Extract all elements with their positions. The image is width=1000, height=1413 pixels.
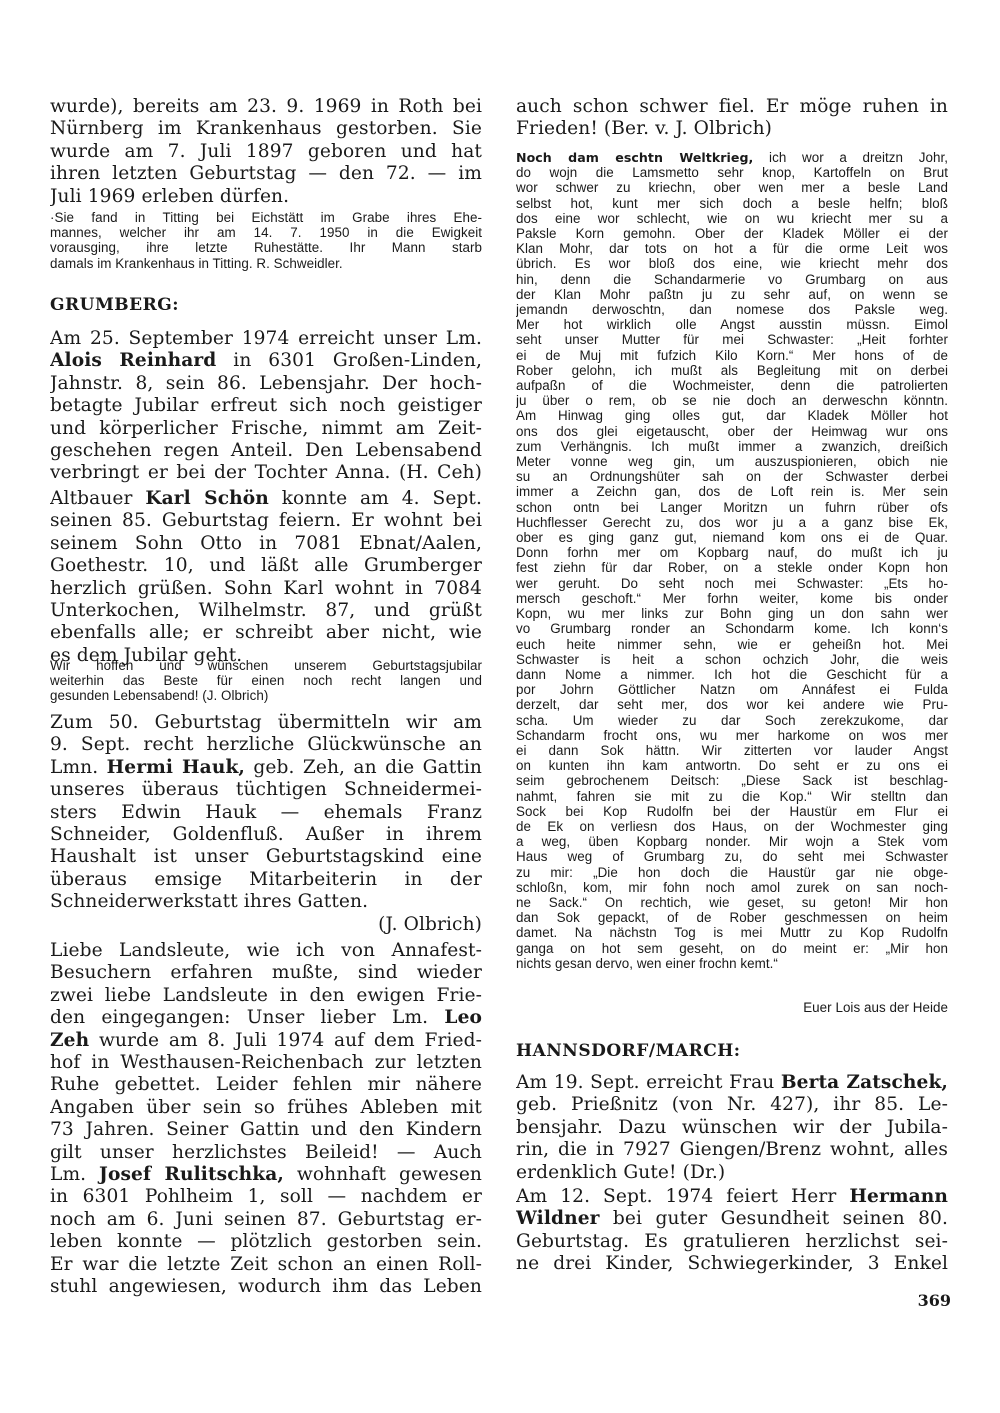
text-line: dann Nome a nimmer. Ich hot die Geschich…: [516, 667, 948, 682]
text-line: Am 25. September 1974 erreicht unser Lm.: [50, 328, 482, 350]
text-line: Schneiderwerkstatt ihres Gatten.: [50, 891, 482, 913]
text-line: nichts gesan dervo, wen einer frochn kem…: [516, 956, 948, 971]
page-number: 369: [918, 1291, 951, 1310]
text-line: und körperlicher Frische, nimmt am Zeit-: [50, 418, 482, 440]
text-line: wer geruht. Do seht noch mei Schwaster: …: [516, 576, 948, 591]
paragraph-schoen: Altbauer Karl Schön konnte am 4. Sept. s…: [50, 488, 482, 667]
person-name: Hermi Hauk,: [107, 757, 245, 778]
person-name: Berta Zatschek,: [781, 1072, 948, 1093]
paragraph-zatschek: Am 19. Sept. erreicht Frau Berta Zatsche…: [516, 1072, 948, 1184]
text-line: Zeh wurde am 8. Juli 1974 auf dem Fried-: [50, 1030, 482, 1052]
text-line: on kunten ihn kam antwortn. Do seht er z…: [516, 758, 948, 773]
text-line: wurde), bereits am 23. 9. 1969 in Roth b…: [50, 96, 482, 118]
paragraph-reinhard: Am 25. September 1974 erreicht unser Lm.…: [50, 328, 482, 485]
text-line: überaus emsige Mitarbeiterin in der: [50, 869, 482, 891]
text-line: zwei liebe Landsleute in den ewigen Frie…: [50, 985, 482, 1007]
text-line: schloßn, kom, mir fohn noch amol zurek o…: [516, 880, 948, 895]
text-line: gesunden Lebensabend! (J. Olbrich): [50, 688, 482, 703]
text-line: Er war die letzte Zeit schon an einen Ro…: [50, 1254, 482, 1276]
text-line: ju über o rem, ob se nie doch an derwesc…: [516, 393, 948, 408]
text-line: ons dos glei eigetauscht, ober der Heimw…: [516, 424, 948, 439]
text-line: den eingegangen: Unser lieber Lm. Leo: [50, 1007, 482, 1029]
text-line: schon ontn bei Langer Moritzn un fuhrn r…: [516, 500, 948, 515]
text-line: hin, denn die Schandarmerie vo Grumbarg …: [516, 272, 948, 287]
text-line: seinen 85. Geburtstag feiern. Er wohnt b…: [50, 510, 482, 532]
person-name: Karl Schön: [145, 488, 269, 509]
text-line: Frieden! (Ber. v. J. Olbrich): [516, 118, 948, 140]
person-name: Leo: [444, 1007, 482, 1028]
text-line: a weg, üben Kopbarg nonder. Mir wojn a S…: [516, 834, 948, 849]
text-line: euch heite nimmer sehn, wie er geheißn h…: [516, 637, 948, 652]
text-line: dan Sok gepackt, of de Rober geschmessen…: [516, 910, 948, 925]
text-line: weiterhin das Beste für einen noch recht…: [50, 673, 482, 688]
signature: Euer Lois aus der Heide: [516, 1000, 948, 1015]
text-line: aufpaßn of die Wochmeister, denn die pat…: [516, 378, 948, 393]
person-name: Hermann: [849, 1186, 948, 1207]
text-line: ne drei Kinder, Schwiegerkinder, 3 Enkel: [516, 1253, 948, 1275]
text-line: Jahnstr. 8, sein 86. Lebensjahr. Der hoc…: [50, 373, 482, 395]
text-line: Geburtstag. Es gratulieren herzlichst se…: [516, 1231, 948, 1253]
text-line: derzelt, dar seht mer, dos wor kei ander…: [516, 697, 948, 712]
text-line: geb. Prießnitz (von Nr. 427), ihr 85. Le…: [516, 1094, 948, 1116]
text-line: bensjahr. Dazu wünschen wir der Jubila-: [516, 1117, 948, 1139]
text-line: Schandarm frocht ons, wu mer harkome on …: [516, 728, 948, 743]
text-line: jemandn derwoschtn, dan nomese dos Paksl…: [516, 302, 948, 317]
signature: (J. Olbrich): [50, 914, 482, 936]
text-line: Klan Mohr, dar tots on hot a für die orm…: [516, 241, 948, 256]
text-line: mannes, welcher ihr am 14. 7. 1950 in di…: [50, 225, 482, 240]
paragraph-burial-note: ·Sie fand in Titting bei Eichstätt im Gr…: [50, 210, 482, 271]
text-line: Liebe Landsleute, wie ich von Annafest-: [50, 940, 482, 962]
paragraph-wishes: Wir hoffen und wünschen unserem Geburtst…: [50, 658, 482, 704]
text-line: selbst hot, kunt mer sich doch a besle h…: [516, 196, 948, 211]
text-line: Rober gelohn, ich mußt als Begleitung mi…: [516, 363, 948, 378]
text-line: stuhl angewiesen, wodurch ihm das Leben: [50, 1276, 482, 1298]
text-line: dos eine wor schlecht, wie on wu kriecht…: [516, 211, 948, 226]
text-line: auch schon schwer fiel. Er möge ruhen in: [516, 96, 948, 118]
text-line: Am 12. Sept. 1974 feiert Herr Hermann: [516, 1186, 948, 1208]
text-line: Besuchern erfahren mußte, sind wieder: [50, 962, 482, 984]
text-line: sters Edwin Hauk — ehemals Franz: [50, 802, 482, 824]
text-line: Kopn, wu mer links zur Bohn ging un don …: [516, 606, 948, 621]
text-line: fest ziehn für dar Rober, on a stekle on…: [516, 560, 948, 575]
text-line: Paksle Korn gemohn. Ober der Kladek Möll…: [516, 226, 948, 241]
text-line: seinem Sohn Otto in 7081 Ebnat/Aalen,: [50, 533, 482, 555]
text-line: gilt unser herzlichstes Beileid! — Auch: [50, 1142, 482, 1164]
text-line: wurde am 7. Juli 1897 geboren und hat: [50, 141, 482, 163]
text-line: ne Sack.“ On rechtich, wie geset, su get…: [516, 895, 948, 910]
text-line: 73 Jahren. Seiner Gattin und den Kindern: [50, 1119, 482, 1141]
text-line: nahmt, fahren sie mit zu die Kop.“ Wir s…: [516, 789, 948, 804]
paragraph-obituary-zeh-rulitschka: Liebe Landsleute, wie ich von Annafest- …: [50, 940, 482, 1299]
text-line: zum Verhängnis. Ich mußt immer a zwanzic…: [516, 439, 948, 454]
paragraph-continuation: auch schon schwer fiel. Er möge ruhen in…: [516, 96, 948, 141]
text-line: Lmn. Hermi Hauk, geb. Zeh, an die Gattin: [50, 757, 482, 779]
text-line: 9. Sept. recht herzliche Glückwünsche an: [50, 734, 482, 756]
text-line: por Johrn Göttlicher Natzn om Annáfest e…: [516, 682, 948, 697]
text-line: Schwaster is heit a schon ochzich Johr, …: [516, 652, 948, 667]
text-line: Wir hoffen und wünschen unserem Geburtst…: [50, 658, 482, 673]
person-name: Josef Rulitschka,: [99, 1164, 284, 1185]
text-line: Lm. Josef Rulitschka, wohnhaft gewesen: [50, 1164, 482, 1186]
text-line: su an Ordnungshüter sah on der Schwaster…: [516, 469, 948, 484]
text-line: rin, die in 7927 Giengen/Brenz wohnt, al…: [516, 1139, 948, 1161]
text-line: Sock bei Kop Rudolfn bei der Haustür em …: [516, 804, 948, 819]
person-name: Zeh: [50, 1030, 89, 1051]
text-line: ganga on hot sem geseht, on do meint er:…: [516, 941, 948, 956]
text-line: damet. Na nächstn Tog is mei Muttr zu Ko…: [516, 925, 948, 940]
story-signature: Euer Lois aus der Heide: [516, 1000, 948, 1015]
text-line: seht unser Mutter für mei Schwaster: „He…: [516, 332, 948, 347]
text-line: Altbauer Karl Schön konnte am 4. Sept.: [50, 488, 482, 510]
text-line: ei dann Sok hättn. Wir zitterten vor lau…: [516, 743, 948, 758]
text-line: Haushalt ist unser Geburtstagskind eine: [50, 846, 482, 868]
text-line: in 6301 Pohlheim 1, soll — nachdem er: [50, 1186, 482, 1208]
person-name: Alois Reinhard: [50, 350, 216, 371]
paragraph-hauk: Zum 50. Geburtstag übermitteln wir am 9.…: [50, 712, 482, 936]
text-line: Mer hot wirklich olle Angst ausstin müss…: [516, 317, 948, 332]
text-line: Haus weg of Grumbarg zu, do seht mei Sch…: [516, 849, 948, 864]
text-line: immer a Zeichn gan, dos de Loft rein is.…: [516, 484, 948, 499]
text-line: betagte Jubilar erfreut sich noch geisti…: [50, 395, 482, 417]
text-line: Am Hinwag ging olles gut, dar Kladek Möl…: [516, 408, 948, 423]
text-line: herzlich grüßen. Sohn Karl wohnt in 7084: [50, 578, 482, 600]
paragraph-wildner: Am 12. Sept. 1974 feiert Herr Hermann Wi…: [516, 1186, 948, 1276]
text-line: ·Sie fand in Titting bei Eichstätt im Gr…: [50, 210, 482, 225]
text-line: damals im Krankenhaus in Titting. R. Sch…: [50, 256, 482, 271]
person-name: Wildner: [516, 1208, 600, 1229]
paragraph-dialect-story: Noch dam eschtn Weltkrieg, ich wor a dre…: [516, 150, 948, 971]
text-line: seim gebrochenem Deitsch: „Diese Sack is…: [516, 773, 948, 788]
text-line: zu mir: „Die hon doch die Haustür gar ni…: [516, 865, 948, 880]
text-line: Juli 1969 erleben dürfen.: [50, 186, 482, 208]
text-line: ebenfalls alle; er schreibt aber nicht, …: [50, 622, 482, 644]
text-line: Wildner bei guter Gesundheit seinen 80.: [516, 1208, 948, 1230]
text-line: ihren letzten Geburtstag — den 72. — im: [50, 163, 482, 185]
text-line: Am 19. Sept. erreicht Frau Berta Zatsche…: [516, 1072, 948, 1094]
text-line: Nürnberg im Krankenhaus gestorben. Sie: [50, 118, 482, 140]
text-line: ober es ging ganz gut, niemand kom ons e…: [516, 530, 948, 545]
text-line: scha. Um wieder zu dar Soch zerekzukome,…: [516, 713, 948, 728]
text-line: geschehen regen Anteil. Den Lebensabend: [50, 440, 482, 462]
text-line: vorausging, ihre letzte Ruhestätte. Ihr …: [50, 240, 482, 255]
text-line: Noch dam eschtn Weltkrieg, ich wor a dre…: [516, 150, 948, 165]
text-line: der Klan Mohr paßtn ju zu sehr auf, on w…: [516, 287, 948, 302]
text-line: Huchflesser Gerecht zu, dos wor ju a a g…: [516, 515, 948, 530]
paragraph-obituary-continuation: wurde), bereits am 23. 9. 1969 in Roth b…: [50, 96, 482, 208]
text-line: de Ek on verliesn dos Haus, on der Wochm…: [516, 819, 948, 834]
text-line: wor schwer zu kriechn, ober wen mer a be…: [516, 180, 948, 195]
text-line: Donn forhn mer om Kopbarg nauf, do mußt …: [516, 545, 948, 560]
text-line: übrich. Es wor bloß dos eine, wie kriech…: [516, 256, 948, 271]
text-line: leben konnte — plötzlich gestorben sein.: [50, 1231, 482, 1253]
text-line: Ruhe gebettet. Leider fehlen mir nähere: [50, 1074, 482, 1096]
section-heading-hannsdorf: HANNSDORF/MARCH:: [516, 1040, 741, 1062]
text-line: Angaben über sein so frühes Ableben mit: [50, 1097, 482, 1119]
text-line: Unterkochen, Wilhelmstr. 87, und grüßt: [50, 600, 482, 622]
text-line: erdenklich Gute! (Dr.): [516, 1162, 948, 1184]
text-line: verbringt er bei der Tochter Anna. (H. C…: [50, 462, 482, 484]
text-line: unseres überaus tüchtigen Schneidermei-: [50, 779, 482, 801]
text-line: do wojn die Lamsmetto sehr knop, Kartoff…: [516, 165, 948, 180]
text-line: Zum 50. Geburtstag übermitteln wir am: [50, 712, 482, 734]
story-lead: Noch dam eschtn Weltkrieg,: [516, 150, 753, 165]
text-line: Alois Reinhard in 6301 Großen-Linden,: [50, 350, 482, 372]
text-line: hof in Westhausen-Reichenbach zur letzte…: [50, 1052, 482, 1074]
section-heading-grumberg: GRUMBERG:: [50, 294, 179, 316]
text-line: Schneider, Goldenfluß. Außer in ihrem: [50, 824, 482, 846]
text-line: Meter vonne weg gin, um auszuspionieren,…: [516, 454, 948, 469]
text-line: Goethestr. 10, und läßt alle Grumberger: [50, 555, 482, 577]
text-line: ei de Muj mit fufzich Kilo Korn.“ Mer ho…: [516, 348, 948, 363]
text-line: noch am 6. Juni seinen 87. Geburtstag er…: [50, 1209, 482, 1231]
text-line: vo Grumbarg ronder an Schondarm kome. Ic…: [516, 621, 948, 636]
text-line: mersch geschoft.“ Mer forhn weiter, kome…: [516, 591, 948, 606]
